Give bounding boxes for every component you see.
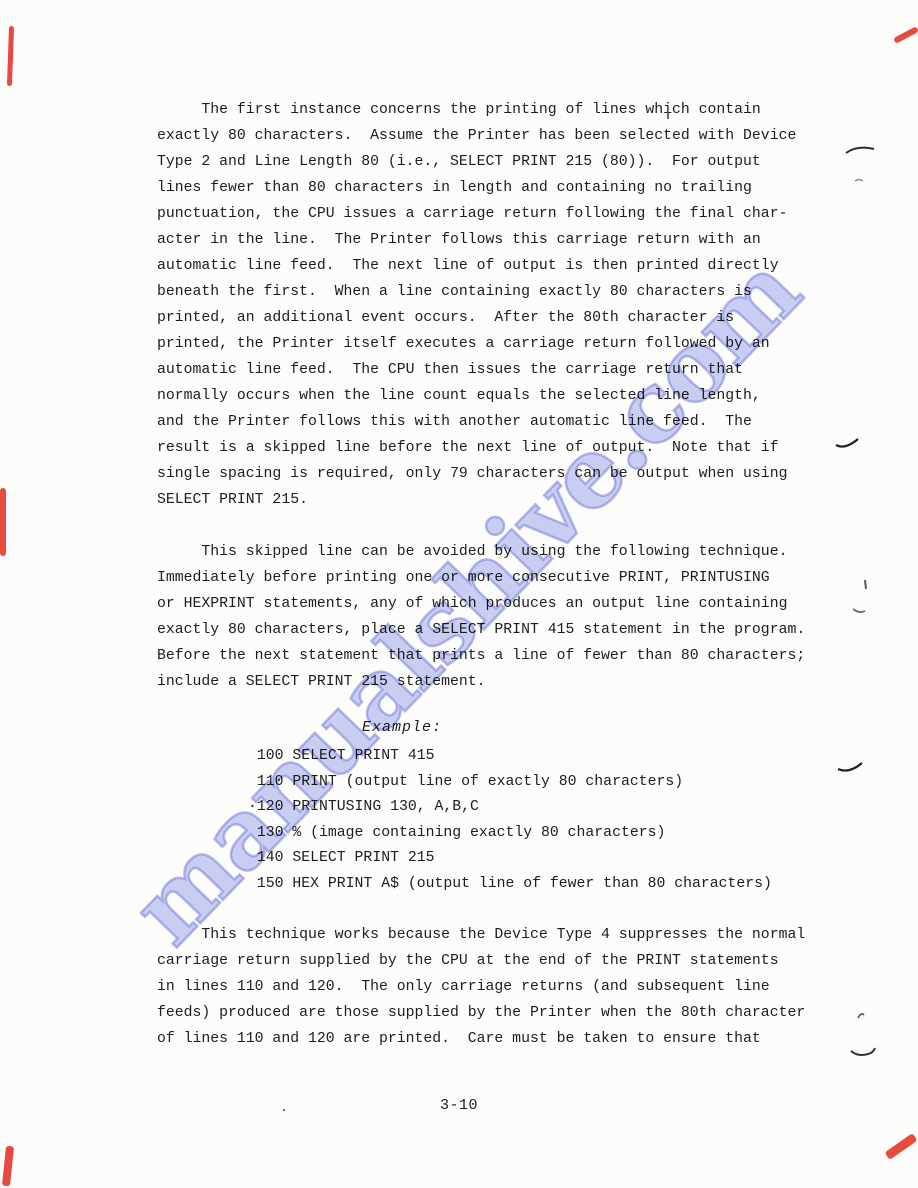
example-heading: Example: (362, 719, 442, 736)
text-line: of lines 110 and 120 are printed. Care m… (157, 1026, 805, 1052)
text-line: acter in the line. The Printer follows t… (157, 227, 796, 253)
text-line: automatic line feed. The next line of ou… (157, 253, 796, 279)
text-line: include a SELECT PRINT 215 statement. (157, 669, 805, 695)
red-edge-mark-bottom-left (2, 1146, 14, 1187)
paragraph-2: This skipped line can be avoided by usin… (157, 539, 805, 695)
text-line: automatic line feed. The CPU then issues… (157, 357, 796, 383)
text-line: 150 HEX PRINT A$ (output line of fewer t… (248, 872, 772, 898)
text-line: This skipped line can be avoided by usin… (157, 539, 805, 565)
scan-speck (863, 580, 868, 590)
text-line: This technique works because the Device … (157, 922, 805, 948)
text-line: 110 PRINT (output line of exactly 80 cha… (248, 770, 772, 796)
text-line: normally occurs when the line count equa… (157, 383, 796, 409)
text-line: punctuation, the CPU issues a carriage r… (157, 201, 796, 227)
text-line: 130 % (image containing exactly 80 chara… (248, 821, 772, 847)
page-number: 3-10 (0, 1097, 918, 1114)
text-line: printed, the Printer itself executes a c… (157, 331, 796, 357)
text-line: or HEXPRINT statements, any of which pro… (157, 591, 805, 617)
scan-speck (835, 436, 859, 450)
text-line: in lines 110 and 120. The only carriage … (157, 974, 805, 1000)
text-line: exactly 80 characters, place a SELECT PR… (157, 617, 805, 643)
text-line: 100 SELECT PRINT 415 (248, 744, 772, 770)
scan-speck (853, 607, 866, 614)
example-code-block: 100 SELECT PRINT 415 110 PRINT (output l… (248, 744, 772, 897)
stray-dot-mark: . (280, 1100, 288, 1115)
scan-speck (845, 144, 875, 156)
scan-speck (850, 1046, 876, 1058)
text-line: ·120 PRINTUSING 130, A,B,C (248, 795, 772, 821)
text-line: Before the next statement that prints a … (157, 643, 805, 669)
red-edge-mark-bottom-right (884, 1133, 917, 1160)
text-line: beneath the first. When a line containin… (157, 279, 796, 305)
text-line: SELECT PRINT 215. (157, 487, 796, 513)
red-edge-mark-top-left (7, 26, 14, 86)
text-line: The first instance concerns the printing… (157, 97, 796, 123)
scanned-manual-page: The first instance concerns the printing… (0, 0, 918, 1188)
text-line: carriage return supplied by the CPU at t… (157, 948, 805, 974)
scan-speck (837, 761, 863, 774)
text-line: Type 2 and Line Length 80 (i.e., SELECT … (157, 149, 796, 175)
text-line: 140 SELECT PRINT 215 (248, 846, 772, 872)
text-line: lines fewer than 80 characters in length… (157, 175, 796, 201)
text-line: result is a skipped line before the next… (157, 435, 796, 461)
paragraph-1: The first instance concerns the printing… (157, 97, 796, 513)
text-line: and the Printer follows this with anothe… (157, 409, 796, 435)
text-line: printed, an additional event occurs. Aft… (157, 305, 796, 331)
scan-speck (855, 178, 863, 183)
scan-speck (857, 1012, 865, 1020)
red-edge-mark-left-middle (0, 488, 6, 556)
paragraph-3: This technique works because the Device … (157, 922, 805, 1052)
text-line: single spacing is required, only 79 char… (157, 461, 796, 487)
scan-speck (666, 112, 670, 120)
text-line: feeds) produced are those supplied by th… (157, 1000, 805, 1026)
text-line: Immediately before printing one or more … (157, 565, 805, 591)
red-edge-mark-top-right (893, 26, 918, 44)
text-line: exactly 80 characters. Assume the Printe… (157, 123, 796, 149)
